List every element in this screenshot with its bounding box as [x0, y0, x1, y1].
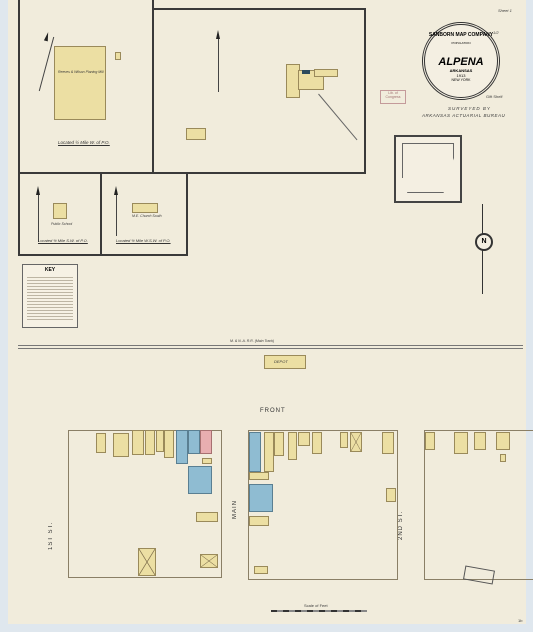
- building: [288, 432, 297, 460]
- stone-building: [249, 484, 273, 512]
- gift-stamp: Gift Shelf: [486, 94, 502, 99]
- location-note-school: Located ½ Mile S.W. of P.O.: [38, 238, 88, 243]
- seal-population: POPULATION: [425, 41, 497, 45]
- surveyor-line2: ARKANSAS ACTUARIAL BUREAU: [422, 113, 505, 118]
- railroad-track: [18, 345, 523, 349]
- state-locator-map: [394, 135, 462, 203]
- north-arrowhead-icon: [36, 186, 40, 195]
- building-x: [138, 548, 156, 576]
- building: [196, 512, 218, 522]
- north-arrow-icon: [38, 192, 39, 242]
- scale-bar: [271, 610, 367, 612]
- public-school-building: [53, 203, 67, 219]
- building: [202, 458, 212, 464]
- map-sheet: Reeves & Wilson Planing Mill Located ½ M…: [8, 0, 526, 624]
- street-label-main: MAIN: [232, 500, 238, 519]
- building: [113, 433, 129, 457]
- boiler-icon: [302, 70, 310, 74]
- corner-ref: 1/2: [493, 30, 499, 35]
- cotton-gin-shed: [314, 69, 338, 77]
- building: [496, 432, 510, 450]
- building: [382, 432, 394, 454]
- building: [340, 432, 348, 448]
- building: [249, 516, 269, 526]
- stone-building: [188, 466, 212, 494]
- key-title: KEY: [23, 267, 77, 273]
- seal-city: NEW YORK: [425, 78, 497, 82]
- stone-building: [249, 432, 261, 472]
- building-x: [350, 432, 362, 452]
- brick-building: [200, 430, 212, 454]
- north-arrow-icon: [218, 36, 219, 92]
- sheet-number: Sheet 1: [498, 8, 512, 13]
- library-stamp: Lib. of Congress: [380, 90, 406, 104]
- location-note-mill: Located ½ Mile W. of P.O.: [58, 140, 110, 145]
- street-label-front: FRONT: [260, 408, 286, 414]
- railroad-label: M. & N. A. R.R. (Main Track): [230, 339, 274, 343]
- block-east: [424, 430, 533, 580]
- street-label-first: 1ST ST.: [48, 480, 54, 550]
- planing-mill-label: Reeves & Wilson Planing Mill: [58, 70, 104, 74]
- inset-frame-cotton-gin: [152, 8, 366, 174]
- stone-building: [176, 430, 188, 464]
- location-note-church: Located ½ Mile W.S.W. of P.O.: [116, 238, 171, 243]
- compass-circle: N: [475, 233, 493, 251]
- seal-town: ALPENA: [425, 56, 497, 68]
- building-x: [200, 554, 218, 568]
- surveyor-line1: SURVEYED BY: [448, 106, 491, 111]
- building: [164, 430, 174, 458]
- building: [298, 432, 310, 446]
- arkansas-outline-icon: [402, 143, 454, 193]
- north-arrowhead-icon: [216, 30, 220, 39]
- church-label: M.E. Church South: [132, 214, 162, 218]
- gin-office: [186, 128, 206, 140]
- building: [425, 432, 435, 450]
- building: [254, 566, 268, 574]
- page-corner: 1b: [518, 618, 522, 623]
- building: [132, 430, 144, 455]
- building: [500, 454, 506, 462]
- north-arrowhead-icon: [114, 186, 118, 195]
- scale-label: Scale of Feet: [304, 603, 328, 608]
- seal-company: SANBORN MAP COMPANY: [425, 32, 497, 38]
- building: [156, 430, 164, 452]
- small-shed: [115, 52, 121, 60]
- church-building: [132, 203, 158, 213]
- title-seal: SANBORN MAP COMPANY POPULATION ALPENA AR…: [422, 22, 500, 100]
- building: [264, 432, 274, 472]
- building: [96, 433, 106, 453]
- building: [145, 430, 155, 455]
- public-school-label: Public School: [51, 222, 72, 226]
- north-arrow-icon: [116, 192, 117, 236]
- stone-building: [188, 430, 200, 454]
- building: [454, 432, 468, 454]
- building: [474, 432, 486, 450]
- key-lines: [27, 275, 73, 321]
- planing-mill-building: [54, 46, 106, 120]
- map-key: KEY: [22, 264, 78, 328]
- building: [274, 432, 284, 456]
- depot-label: DEPOT: [274, 359, 288, 364]
- building: [312, 432, 322, 454]
- building: [249, 472, 269, 480]
- street-label-second: 2ND ST.: [398, 480, 404, 540]
- building: [386, 488, 396, 502]
